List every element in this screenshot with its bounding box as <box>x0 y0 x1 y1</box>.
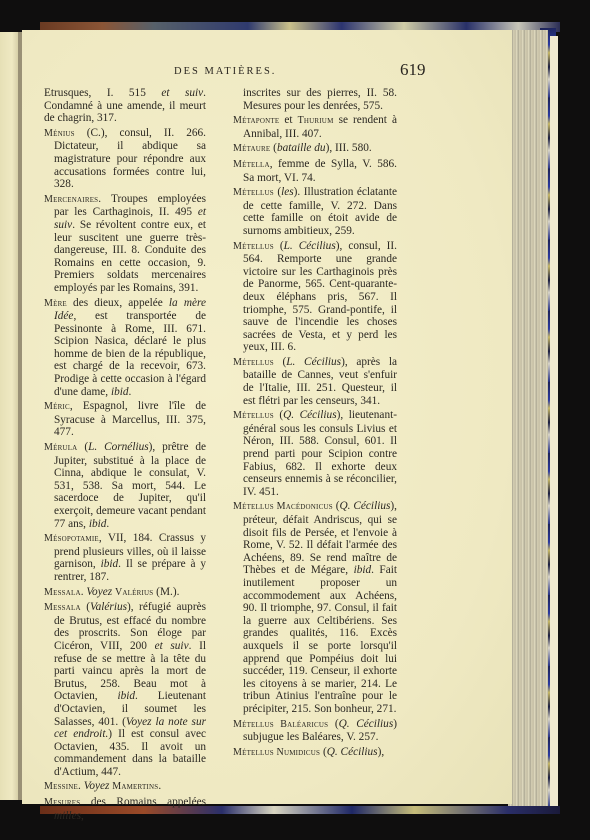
running-head-title: DES MATIÈRES. <box>174 66 276 77</box>
index-entry: Messala (Valérius), réfugié auprès de Br… <box>44 601 206 778</box>
entry-text: ( <box>274 356 286 368</box>
entry-text: . Fait inutilement proposer un accommode… <box>243 564 397 715</box>
entry-italic-text: milles <box>54 810 81 822</box>
index-column-left: Etrusques, I. 515 et suiv. Condamné à un… <box>44 87 206 824</box>
index-entry: Mérula (L. Cornélius), prêtre de Jupiter… <box>44 441 206 530</box>
index-entry: Métellus (les). Illustration éclatante d… <box>233 186 397 237</box>
entry-italic-text: et suiv <box>161 87 203 99</box>
index-entry-continuation: Etrusques, I. 515 et suiv. Condamné à un… <box>44 87 206 125</box>
entry-italic-text: Q. Cécilius <box>339 718 394 730</box>
entry-italic-text: les <box>281 186 294 198</box>
index-column-right: inscrites sur des pierres, II. 58. Mesur… <box>233 87 397 761</box>
index-entry: Mesures des Romains appelées milles, <box>44 796 206 822</box>
entry-italic-text: ibid <box>117 690 135 702</box>
index-entry: Métellus (L. Cécilius), après la bataill… <box>233 356 397 407</box>
entry-headword: Mère <box>44 298 67 309</box>
entry-headword: Valérius <box>115 587 153 598</box>
entry-headword: Métellus <box>233 241 274 252</box>
entry-headword: Métaponte <box>233 115 279 126</box>
entry-text: ( <box>270 142 277 154</box>
entry-text: . <box>106 518 109 530</box>
entry-headword: Mamertins <box>112 781 158 792</box>
index-entry: Métellus Macédonicus (Q. Cécilius), prét… <box>233 500 397 715</box>
entry-text: . <box>158 780 161 792</box>
index-entry: Méric, Espagnol, livre l'île de Syracuse… <box>44 400 206 439</box>
entry-headword: Messala <box>44 602 81 613</box>
index-entry: Métellus Numidicus (Q. Cécilius), <box>233 746 397 760</box>
entry-text: , <box>81 810 84 822</box>
entry-headword: Thurium <box>298 115 334 126</box>
entry-headword: Ménius <box>44 128 75 139</box>
index-entry: Mère des dieux, appelée la mère Idée, es… <box>44 297 206 399</box>
index-entry: Métellus (Q. Cécilius), lieutenant-génér… <box>233 409 397 498</box>
entry-italic-text: ibid <box>89 518 107 530</box>
entry-text: . Se révoltent contre eux, et leur susci… <box>54 219 206 294</box>
entry-italic-text: Voyez <box>84 780 110 792</box>
entry-headword: Métellus Macédonicus <box>233 501 333 512</box>
entry-headword: Métellus <box>233 410 274 421</box>
entry-italic-text: Valérius <box>90 601 127 613</box>
entry-text: ), <box>378 746 385 758</box>
entry-headword: Mesures <box>44 797 80 808</box>
entry-text: , Espagnol, livre l'île de Syracuse à Ma… <box>54 400 206 438</box>
index-entry: Mercenaires. Troupes employées par les C… <box>44 193 206 295</box>
index-entry: Ménius (C.), consul, II. 266. Dictateur,… <box>44 127 206 191</box>
index-entry: Métella, femme de Sylla, V. 586. Sa mort… <box>233 158 397 184</box>
entry-text: ( <box>77 441 88 453</box>
index-entry: Messine. Voyez Mamertins. <box>44 780 206 794</box>
entry-italic-text: L. Cornélius <box>88 441 149 453</box>
entry-headword: Méric <box>44 401 70 412</box>
entry-text: ), III. 580. <box>326 142 372 154</box>
index-entry: Métellus (L. Cécilius), consul, II. 564.… <box>233 240 397 354</box>
entry-headword: Métellus <box>233 357 274 368</box>
entry-headword: Mésopotamie <box>44 533 99 544</box>
entry-italic-text: Q. Cécilius <box>339 500 390 512</box>
entry-headword: Métellus Baléaricus <box>233 719 328 730</box>
entry-text: ( <box>274 409 283 421</box>
running-head: DES MATIÈRES. 619 <box>22 66 512 86</box>
entry-text: Etrusques, I. 515 <box>44 87 161 99</box>
index-entry: Mésopotamie, VII, 184. Crassus y prend p… <box>44 532 206 583</box>
index-entry: Messala. Voyez Valérius (M.). <box>44 586 206 600</box>
entry-headword: Mérula <box>44 442 77 453</box>
index-entry: Métaponte et Thurium se rendent à Anniba… <box>233 114 397 140</box>
entry-italic-text: Q. Cécilius <box>283 409 337 421</box>
entry-text: inscrites sur des pierres, II. 58. Mesur… <box>243 87 397 112</box>
entry-text: (C.), consul, II. 266. Dictateur, il abd… <box>54 127 206 190</box>
entry-italic-text: Q. Cécilius <box>327 746 378 758</box>
entry-headword: Messine <box>44 781 78 792</box>
entry-italic-text: bataille du <box>277 142 326 154</box>
entry-headword: Métella <box>233 159 270 170</box>
index-entry-continuation: inscrites sur des pierres, II. 58. Mesur… <box>233 87 397 112</box>
entry-headword: Messala <box>44 587 81 598</box>
entry-text: ( <box>328 718 338 730</box>
entry-text: ( <box>274 240 284 252</box>
entry-text: ( <box>81 601 90 613</box>
flyleaf-edge <box>550 36 558 806</box>
facing-page-sliver <box>0 32 20 800</box>
entry-headword: Mercenaires <box>44 194 98 205</box>
entry-text: (M.). <box>153 586 179 598</box>
entry-text: ( <box>320 746 327 758</box>
entry-italic-text: et suiv <box>155 640 189 652</box>
entry-text: ), consul, II. 564. Remporte une grande … <box>243 240 397 354</box>
index-entry: Métaure (bataille du), III. 580. <box>233 142 397 156</box>
entry-headword: Métellus <box>233 187 274 198</box>
entry-italic-text: ibid <box>354 564 372 576</box>
entry-text: , est transportée de Pessinonte à Rome, … <box>54 310 206 398</box>
entry-text: des Romains appelées <box>80 796 206 808</box>
entry-italic-text: L. Cécilius <box>286 356 341 368</box>
page-block-edges <box>508 30 548 806</box>
entry-text: ), prêtre de Jupiter, substitué à la pla… <box>54 441 206 530</box>
entry-italic-text: ibid <box>101 558 119 570</box>
entry-headword: Métaure <box>233 143 270 154</box>
index-entry: Métellus Baléaricus (Q. Cécilius) subjug… <box>233 718 397 744</box>
entry-text: . <box>129 386 132 398</box>
entry-italic-text: ibid <box>111 386 129 398</box>
entry-italic-text: L. Cécilius <box>284 240 336 252</box>
page-number: 619 <box>400 60 426 80</box>
entry-headword: Métellus Numidicus <box>233 747 320 758</box>
entry-text: et <box>279 114 297 126</box>
entry-text: ), lieutenant-général sous les consuls L… <box>243 409 397 498</box>
entry-text: des dieux, appelée <box>67 297 169 309</box>
entry-italic-text: Voyez <box>86 586 112 598</box>
